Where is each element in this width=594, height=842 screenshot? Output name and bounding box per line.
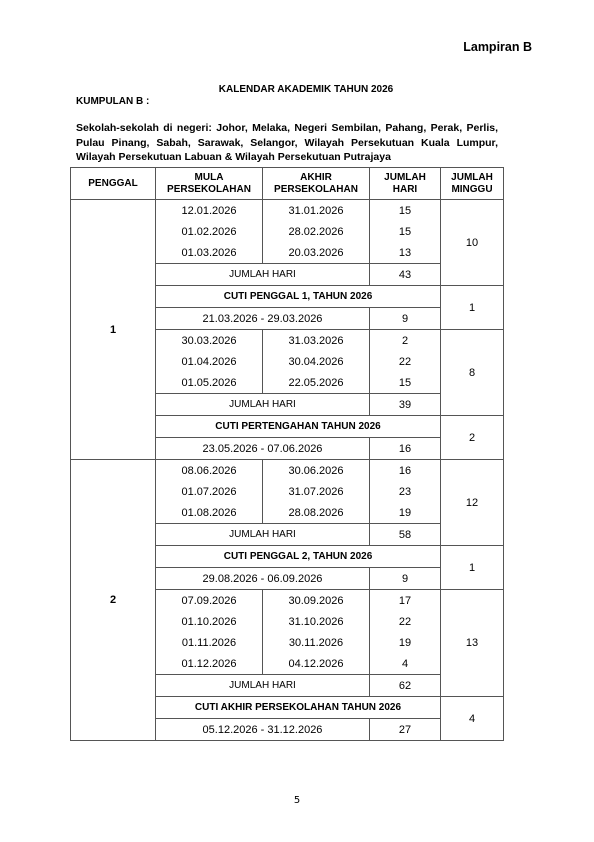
header-mula: MULAPERSEKOLAHAN <box>156 168 263 200</box>
day-count: 17 <box>370 590 441 612</box>
term-number: 1 <box>71 200 156 460</box>
total-days-value: 58 <box>370 524 441 546</box>
end-date: 30.06.2026 <box>263 460 370 482</box>
page-number: 5 <box>0 795 594 806</box>
end-date: 04.12.2026 <box>263 653 370 675</box>
day-count: 19 <box>370 632 441 653</box>
total-days-label: JUMLAH HARI <box>156 524 370 546</box>
header-penggal: PENGGAL <box>71 168 156 200</box>
start-date: 01.07.2026 <box>156 481 263 502</box>
end-date: 31.07.2026 <box>263 481 370 502</box>
holiday-title: CUTI PERTENGAHAN TAHUN 2026 <box>156 416 441 438</box>
day-count: 22 <box>370 351 441 372</box>
week-count: 12 <box>441 460 504 546</box>
day-count: 16 <box>370 460 441 482</box>
total-days-label: JUMLAH HARI <box>156 394 370 416</box>
header-jumlah-minggu: JUMLAHMINGGU <box>441 168 504 200</box>
end-date: 31.10.2026 <box>263 611 370 632</box>
week-count: 10 <box>441 200 504 286</box>
end-date: 28.08.2026 <box>263 502 370 524</box>
academic-calendar-table: PENGGAL MULAPERSEKOLAHAN AKHIRPERSEKOLAH… <box>70 167 504 741</box>
holiday-title: CUTI PENGGAL 2, TAHUN 2026 <box>156 546 441 568</box>
header-akhir: AKHIRPERSEKOLAHAN <box>263 168 370 200</box>
start-date: 01.08.2026 <box>156 502 263 524</box>
total-days-value: 39 <box>370 394 441 416</box>
start-date: 01.05.2026 <box>156 372 263 394</box>
total-days-label: JUMLAH HARI <box>156 675 370 697</box>
end-date: 28.02.2026 <box>263 221 370 242</box>
end-date: 30.09.2026 <box>263 590 370 612</box>
start-date: 12.01.2026 <box>156 200 263 222</box>
day-count: 13 <box>370 242 441 264</box>
attachment-label: Lampiran B <box>463 40 532 54</box>
start-date: 01.12.2026 <box>156 653 263 675</box>
day-count: 4 <box>370 653 441 675</box>
start-date: 07.09.2026 <box>156 590 263 612</box>
holiday-day-count: 16 <box>370 438 441 460</box>
end-date: 30.04.2026 <box>263 351 370 372</box>
total-days-label: JUMLAH HARI <box>156 264 370 286</box>
end-date: 30.11.2026 <box>263 632 370 653</box>
end-date: 31.03.2026 <box>263 330 370 352</box>
holiday-week-count: 2 <box>441 416 504 460</box>
start-date: 01.11.2026 <box>156 632 263 653</box>
week-count: 8 <box>441 330 504 416</box>
end-date: 20.03.2026 <box>263 242 370 264</box>
start-date: 30.03.2026 <box>156 330 263 352</box>
total-days-value: 62 <box>370 675 441 697</box>
end-date: 22.05.2026 <box>263 372 370 394</box>
start-date: 08.06.2026 <box>156 460 263 482</box>
holiday-date-range: 29.08.2026 - 06.09.2026 <box>156 568 370 590</box>
total-days-value: 43 <box>370 264 441 286</box>
term-number: 2 <box>71 460 156 741</box>
document-title: KALENDAR AKADEMIK TAHUN 2026 <box>0 84 594 95</box>
holiday-week-count: 1 <box>441 286 504 330</box>
start-date: 01.10.2026 <box>156 611 263 632</box>
holiday-title: CUTI AKHIR PERSEKOLAHAN TAHUN 2026 <box>156 697 441 719</box>
start-date: 01.02.2026 <box>156 221 263 242</box>
start-date: 01.03.2026 <box>156 242 263 264</box>
holiday-day-count: 9 <box>370 308 441 330</box>
holiday-week-count: 1 <box>441 546 504 590</box>
day-count: 19 <box>370 502 441 524</box>
start-date: 01.04.2026 <box>156 351 263 372</box>
day-count: 23 <box>370 481 441 502</box>
holiday-week-count: 4 <box>441 697 504 741</box>
day-count: 2 <box>370 330 441 352</box>
day-count: 15 <box>370 221 441 242</box>
header-jumlah-hari: JUMLAHHARI <box>370 168 441 200</box>
holiday-date-range: 05.12.2026 - 31.12.2026 <box>156 719 370 741</box>
holiday-date-range: 21.03.2026 - 29.03.2026 <box>156 308 370 330</box>
table-header-row: PENGGAL MULAPERSEKOLAHAN AKHIRPERSEKOLAH… <box>71 168 504 200</box>
week-count: 13 <box>441 590 504 697</box>
holiday-date-range: 23.05.2026 - 07.06.2026 <box>156 438 370 460</box>
group-label: KUMPULAN B : <box>76 96 149 107</box>
day-count: 22 <box>370 611 441 632</box>
holiday-day-count: 9 <box>370 568 441 590</box>
day-count: 15 <box>370 200 441 222</box>
holiday-day-count: 27 <box>370 719 441 741</box>
end-date: 31.01.2026 <box>263 200 370 222</box>
day-count: 15 <box>370 372 441 394</box>
states-description: Sekolah-sekolah di negeri: Johor, Melaka… <box>76 121 498 165</box>
table-row: 112.01.202631.01.20261510 <box>71 200 504 222</box>
table-row: 208.06.202630.06.20261612 <box>71 460 504 482</box>
holiday-title: CUTI PENGGAL 1, TAHUN 2026 <box>156 286 441 308</box>
